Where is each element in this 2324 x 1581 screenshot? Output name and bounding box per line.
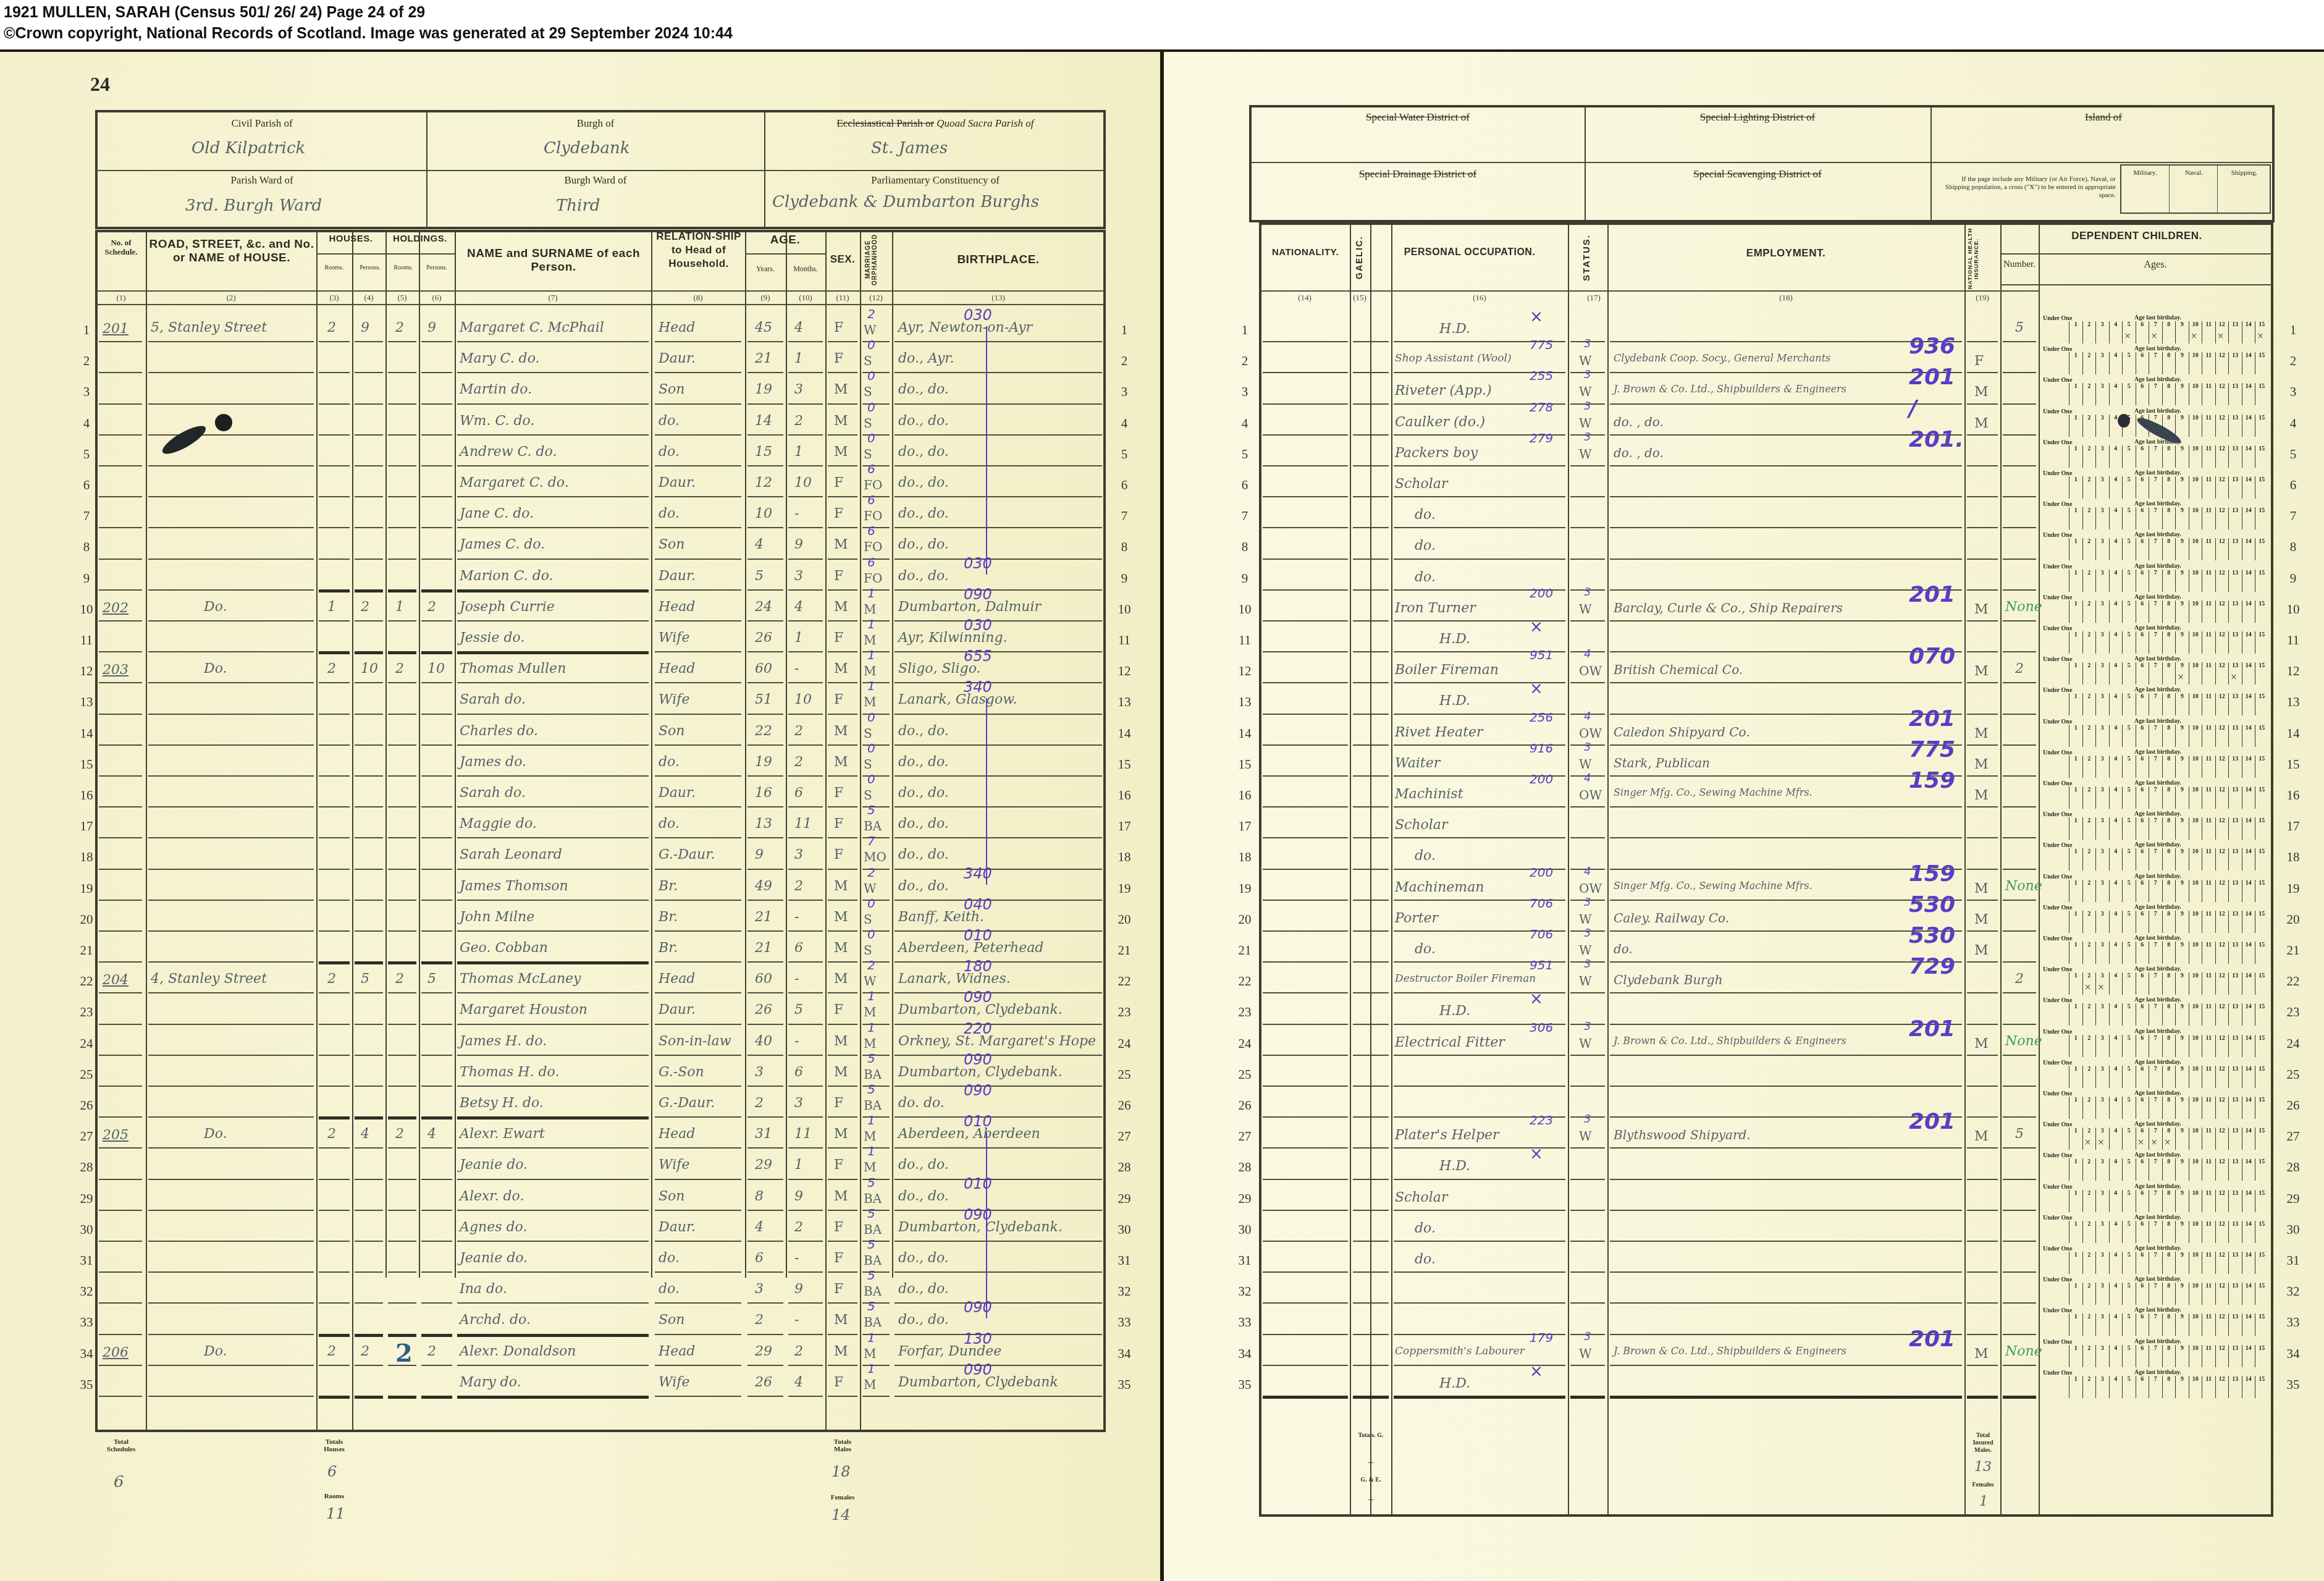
age-tick: 5: [2122, 942, 2136, 964]
age-tick: 7: [2149, 1158, 2162, 1181]
row-underline: [1570, 1179, 1605, 1180]
age-tick: 15: [2255, 817, 2268, 840]
row-underline: [1353, 837, 1389, 838]
row-underline: [1967, 900, 1998, 901]
age-tick: 11: [2202, 756, 2215, 778]
age-last-birthday-label: Age last birthday.: [2134, 1152, 2181, 1158]
age-tick: 3: [2095, 1190, 2109, 1212]
age-tick-marked: 10: [2189, 321, 2202, 344]
age-tick: 9: [2175, 352, 2189, 374]
address-column-header: ROAD, STREET, &c. and No. or NAME of HOU…: [148, 238, 315, 265]
row-underline: [319, 589, 350, 592]
age-tick: 4: [2109, 352, 2123, 374]
row-underline: [828, 992, 857, 993]
status-code: 3: [1584, 368, 1591, 381]
age-tick: 11: [2202, 1190, 2215, 1212]
row-underline: [747, 930, 783, 932]
row-underline: [99, 1147, 142, 1149]
row-number-right: 25: [2281, 1067, 2305, 1082]
age-tick: 14: [2242, 972, 2255, 995]
row-underline: [828, 1302, 857, 1304]
row-underline: [747, 682, 783, 683]
age-tick: 10: [2189, 662, 2202, 685]
row-number-left: 2: [1232, 353, 1257, 369]
employment-code: 775: [1909, 737, 1955, 762]
row-number-right: 3: [2281, 384, 2305, 400]
row-underline: [1263, 1147, 1348, 1149]
occupation-cross-mark: ×: [1530, 1145, 1543, 1163]
row-number-left: 15: [1232, 757, 1257, 772]
document-banner: 1921 MULLEN, SARAH (Census 501/ 26/ 24) …: [0, 0, 2324, 49]
dependent-children-age-grid: Under OneAge last birthday.1234567891011…: [2042, 996, 2270, 1028]
age-tick: 4: [2109, 1066, 2123, 1088]
sex: M: [834, 723, 848, 739]
marital-status: M: [864, 602, 876, 617]
row-underline: [747, 1365, 783, 1366]
relationship: G.-Son: [659, 1065, 704, 1080]
row-underline: [148, 682, 314, 683]
age-tick: 13: [2228, 1376, 2242, 1398]
relationship: Son: [659, 1312, 685, 1328]
row-underline: [788, 1055, 823, 1056]
ink-blot: [2118, 414, 2130, 428]
row-underline: [421, 1365, 452, 1366]
marital-code: 1: [867, 617, 875, 631]
age-tick: 9: [2175, 848, 2189, 871]
status-code: 3: [1584, 1113, 1591, 1126]
column-divider: [2039, 222, 2040, 1517]
relationship: Son: [659, 537, 685, 552]
row-number-left: 5: [1232, 447, 1257, 462]
age-tick: 5: [2122, 1221, 2136, 1243]
row-underline: [788, 1241, 823, 1242]
employment: J. Brown & Co. Ltd., Shipbuilders & Engi…: [1614, 1035, 1846, 1047]
row-underline: [1263, 1396, 1348, 1399]
sex: F: [834, 351, 843, 366]
row-underline: [421, 527, 452, 528]
row-underline: [388, 1055, 416, 1056]
row-underline: [1394, 806, 1565, 807]
row-underline: [1353, 651, 1389, 652]
row-underline: [1570, 1086, 1605, 1087]
row-underline: [895, 465, 1102, 466]
age-tick: 15: [2255, 1035, 2268, 1057]
row-underline: [1394, 1302, 1565, 1304]
row-underline: [895, 775, 1102, 777]
row-number-right: 23: [1112, 1005, 1137, 1020]
row-underline: [388, 403, 416, 405]
age-tick: 12: [2215, 1035, 2229, 1057]
row-underline: [1263, 434, 1348, 436]
person-name: Thomas McLaney: [460, 971, 581, 987]
row-underline: [747, 1210, 783, 1211]
under-one-label: Under One: [2043, 874, 2072, 880]
age-months: -: [794, 971, 799, 987]
age-tick: 2: [2082, 352, 2096, 374]
age-last-birthday-label: Age last birthday.: [2134, 873, 2181, 880]
occupation-column-header: PERSONAL OCCUPATION.: [1373, 247, 1567, 258]
age-months: 3: [794, 847, 803, 862]
row-underline: [828, 620, 857, 622]
age-tick: 12: [2215, 1376, 2229, 1398]
row-number-left: 7: [74, 508, 99, 524]
row-number-left: 13: [74, 694, 99, 710]
marriage-column-header: MARRIAGE ORPHANHOOD: [865, 230, 878, 289]
row-underline: [862, 1396, 890, 1397]
column-divider: [352, 1278, 353, 1432]
row-number-left: 18: [74, 850, 99, 865]
row-underline: [1353, 1396, 1389, 1399]
row-underline: [862, 869, 890, 870]
row-underline: [1353, 465, 1389, 466]
row-underline: [388, 496, 416, 497]
age-tick: 11: [2202, 538, 2215, 560]
age-ticks: 123456789101112131415: [2069, 880, 2268, 902]
row-underline: [788, 930, 823, 932]
age-tick: 12: [2215, 1128, 2229, 1150]
age-tick: 4: [2109, 538, 2123, 560]
sex: M: [834, 909, 848, 925]
dependent-children-age-grid: Under OneAge last birthday.1234567891011…: [2042, 1027, 2270, 1060]
row-underline: [1353, 714, 1389, 715]
age-tick: 9: [2175, 1003, 2189, 1026]
row-underline: [747, 806, 783, 807]
age-tick: 9: [2175, 1313, 2189, 1336]
row-underline: [895, 806, 1102, 807]
row-number-right: 21: [2281, 943, 2305, 958]
age-tick: 7: [2149, 383, 2162, 405]
age-tick: 13: [2228, 352, 2242, 374]
military-note: If the page include any Military (or Air…: [1937, 175, 2116, 200]
row-underline: [355, 1086, 383, 1087]
row-number-right: 16: [1112, 788, 1137, 803]
age-tick: 8: [2162, 507, 2176, 529]
age-tick: 8: [2162, 693, 2176, 715]
age-tick: 9: [2175, 1252, 2189, 1274]
age-months: 4: [794, 1375, 803, 1390]
age-years: 21: [755, 351, 772, 366]
personal-occupation: Machineman: [1395, 880, 1484, 895]
occupation-code: 200: [1530, 865, 1553, 880]
row-number-left: 24: [74, 1036, 99, 1052]
age-tick: 3: [2095, 880, 2109, 902]
holding-persons: 2: [427, 1344, 436, 1359]
row-underline: [457, 589, 649, 592]
row-underline: [1263, 992, 1348, 993]
row-underline: [99, 775, 142, 777]
row-underline: [148, 434, 314, 436]
employment-code: /: [1909, 396, 1917, 421]
island-label: Island of: [1934, 111, 2273, 124]
row-number-right: 12: [2281, 664, 2305, 679]
row-underline: [747, 559, 783, 560]
status: W: [1579, 384, 1592, 399]
row-underline: [355, 930, 383, 932]
age-years: 49: [755, 879, 772, 894]
marital-code: 6: [867, 492, 875, 507]
row-underline: [828, 651, 857, 652]
age-tick: 14: [2242, 756, 2255, 778]
age-tick: 14: [2242, 1003, 2255, 1026]
row-underline: [747, 465, 783, 466]
row-underline: [457, 651, 649, 654]
row-underline: [862, 403, 890, 405]
age-tick: 12: [2215, 601, 2229, 623]
age-tick: 14: [2242, 476, 2255, 499]
age-tick: 12: [2215, 352, 2229, 374]
row-number-left: 14: [1232, 726, 1257, 741]
under-one-label: Under One: [2043, 719, 2072, 725]
column-divider: [146, 230, 147, 1278]
row-underline: [1353, 403, 1389, 405]
row-underline: [355, 620, 383, 622]
age-tick: 1: [2069, 383, 2082, 405]
age-years: 10: [755, 506, 772, 521]
row-underline: [655, 900, 741, 901]
column-divider: [745, 230, 746, 1278]
marital-code: 7: [867, 833, 875, 848]
row-underline: [148, 869, 314, 870]
row-underline: [655, 930, 741, 932]
row-number-left: 8: [74, 539, 99, 555]
age-tick: 2: [2082, 662, 2096, 685]
age-tick: 7: [2149, 1376, 2162, 1398]
age-tick: 10: [2189, 1097, 2202, 1119]
divider: [745, 253, 825, 255]
birthplace: do. do.: [898, 1095, 945, 1111]
age-tick: 1: [2069, 631, 2082, 654]
sex: F: [834, 1281, 843, 1297]
row-underline: [862, 992, 890, 993]
under-one-label: Under One: [2043, 1060, 2072, 1066]
age-tick: 15: [2255, 756, 2268, 778]
marital-status: S: [864, 726, 872, 741]
row-underline: [788, 1302, 823, 1304]
age-ticks: 123456789101112131415: [2069, 1345, 2268, 1367]
age-tick: 10: [2189, 786, 2202, 809]
age-tick: 12: [2215, 1158, 2229, 1181]
schedule-number: 201: [103, 321, 128, 337]
age-tick: 14: [2242, 1190, 2255, 1212]
holding-rooms: 2: [395, 320, 404, 335]
age-tick: 3: [2095, 725, 2109, 747]
dependent-children-number: 5: [2015, 1126, 2024, 1142]
occupation-code: 200: [1530, 772, 1553, 786]
code-bracket-line: [986, 698, 987, 884]
burgh-ward-value: Third: [556, 196, 600, 215]
dependent-children-number: None: [2005, 879, 2042, 894]
age-tick: 12: [2215, 383, 2229, 405]
age-tick: 12: [2215, 1066, 2229, 1088]
marital-status: BA: [864, 1222, 882, 1237]
age-ticks: 123456789101112131415: [2069, 1128, 2268, 1150]
row-number-left: 27: [1232, 1129, 1257, 1144]
row-underline: [1967, 775, 1998, 777]
age-months: 9: [794, 1189, 803, 1204]
column-number: (4): [353, 293, 384, 303]
row-number-left: 34: [74, 1346, 99, 1362]
age-tick: 14: [2242, 1376, 2255, 1398]
row-underline: [2003, 1147, 2036, 1149]
under-one-label: Under One: [2043, 904, 2072, 911]
personal-occupation: do.: [1415, 942, 1436, 957]
insured-females-value: 1: [1979, 1494, 1988, 1509]
age-tick: 1: [2069, 507, 2082, 529]
status: OW: [1579, 664, 1602, 678]
relationship-column-header: RELATION-SHIP to Head of Household.: [654, 230, 744, 271]
column-divider: [1350, 222, 1351, 1517]
address: 5, Stanley Street: [151, 320, 267, 335]
row-underline: [421, 1241, 452, 1242]
row-underline: [148, 1024, 314, 1025]
row-underline: [895, 1241, 1102, 1242]
marital-status: BA: [864, 1315, 882, 1330]
dependent-children-age-grid: Under OneAge last birthday.1234567891011…: [2042, 717, 2270, 749]
age-tick: 10: [2189, 1066, 2202, 1088]
row-underline: [457, 341, 649, 342]
age-tick: 6: [2136, 848, 2149, 871]
age-tick: 7: [2149, 1313, 2162, 1336]
row-underline: [747, 620, 783, 622]
row-underline: [355, 744, 383, 746]
marital-status: M: [864, 694, 876, 709]
row-number-right: 27: [2281, 1129, 2305, 1144]
row-underline: [1570, 496, 1605, 497]
employment: do. , do.: [1614, 445, 1664, 460]
under-one-label: Under One: [2043, 501, 2072, 508]
row-underline: [457, 900, 649, 901]
person-name: Geo. Cobban: [460, 940, 548, 956]
age-ticks: 123456789101112131415: [2069, 1283, 2268, 1305]
age-ticks: 123456789101112131415: [2069, 538, 2268, 560]
row-underline: [421, 682, 452, 683]
age-tick: 12: [2215, 1252, 2229, 1274]
age-tick: 11: [2202, 1003, 2215, 1026]
age-tick: 11: [2202, 848, 2215, 871]
row-underline: [457, 496, 649, 497]
age-tick: 11: [2202, 725, 2215, 747]
age-tick: 8: [2162, 601, 2176, 623]
age-tick: 7: [2149, 538, 2162, 560]
age-tick: 6: [2136, 1190, 2149, 1212]
age-tick: 11: [2202, 383, 2215, 405]
age-tick: 6: [2136, 538, 2149, 560]
relationship: Daur.: [659, 475, 696, 491]
row-underline: [99, 1024, 142, 1025]
age-tick: 14: [2242, 786, 2255, 809]
total-females-value: 14: [832, 1506, 851, 1524]
row-underline: [1394, 837, 1565, 838]
row-underline: [788, 620, 823, 622]
row-underline: [388, 1086, 416, 1087]
age-years: 14: [755, 413, 772, 429]
age-tick-marked: 2: [2082, 1128, 2096, 1150]
age-tick: 14: [2242, 1345, 2255, 1367]
age-tick: 6: [2136, 476, 2149, 499]
age-tick: 5: [2122, 1003, 2136, 1026]
age-tick: 14: [2242, 880, 2255, 902]
age-tick: 2: [2082, 1066, 2096, 1088]
age-tick: 13: [2228, 972, 2242, 995]
age-tick: 6: [2136, 880, 2149, 902]
row-underline: [148, 837, 314, 838]
dependent-children-age-grid: Under OneAge last birthday.1234567891011…: [2042, 810, 2270, 842]
age-tick: 4: [2109, 445, 2123, 468]
employment: Caley. Railway Co.: [1614, 911, 1729, 925]
row-underline: [747, 1179, 783, 1180]
age-tick: 13: [2228, 1035, 2242, 1057]
row-underline: [1263, 341, 1348, 342]
row-number-left: 17: [1232, 819, 1257, 834]
age-tick: 15: [2255, 570, 2268, 592]
row-underline: [319, 1302, 350, 1304]
column-number: (15): [1344, 293, 1375, 303]
schedule-number: 206: [103, 1345, 128, 1360]
age-last-birthday-label: Age last birthday.: [2134, 1214, 2181, 1221]
row-underline: [421, 992, 452, 993]
column-divider: [316, 1278, 318, 1432]
row-underline: [747, 992, 783, 993]
age-tick: 14: [2242, 631, 2255, 654]
age-tick: 6: [2136, 1035, 2149, 1057]
age-tick: 12: [2215, 942, 2229, 964]
row-underline: [895, 589, 1102, 591]
age-tick: 2: [2082, 942, 2096, 964]
row-underline: [1610, 496, 1962, 497]
age-tick: 4: [2109, 1190, 2123, 1212]
age-tick: 4: [2109, 911, 2123, 933]
row-underline: [1570, 1271, 1605, 1273]
age-tick: 15: [2255, 445, 2268, 468]
age-tick: 5: [2122, 1128, 2136, 1150]
employment: Singer Mfg. Co., Sewing Machine Mfrs.: [1614, 786, 1812, 798]
row-number-right: 20: [2281, 912, 2305, 927]
row-underline: [747, 1334, 783, 1335]
marital-code: 0: [867, 772, 875, 786]
row-number-left: 1: [74, 323, 99, 338]
row-underline: [828, 496, 857, 497]
birthplace-code: 090: [964, 1082, 992, 1099]
age-tick: 2: [2082, 445, 2096, 468]
age-tick: 14: [2242, 725, 2255, 747]
row-underline: [148, 1179, 314, 1180]
row-number-right: 28: [2281, 1160, 2305, 1175]
sex: M: [834, 1344, 848, 1359]
age-years: 6: [755, 1250, 764, 1266]
sex: F: [834, 1095, 843, 1111]
age-tick: 12: [2215, 1221, 2229, 1243]
age-tick: 9: [2175, 972, 2189, 995]
occupation-code: 951: [1530, 958, 1553, 972]
age-tick: 7: [2149, 693, 2162, 715]
row-number-left: 34: [1232, 1346, 1257, 1362]
age-last-birthday-label: Age last birthday.: [2134, 811, 2181, 817]
row-underline: [1610, 559, 1962, 560]
sex: M: [834, 444, 848, 460]
age-tick: 9: [2175, 1190, 2189, 1212]
age-tick: 10: [2189, 848, 2202, 871]
age-tick: 1: [2069, 1376, 2082, 1398]
age-months: 2: [794, 879, 803, 894]
employment: British Chemical Co.: [1614, 662, 1743, 677]
under-one-label: Under One: [2043, 1339, 2072, 1346]
row-underline: [1263, 403, 1348, 405]
row-underline: [319, 496, 350, 497]
row-underline: [421, 806, 452, 807]
row-number-left: 11: [74, 633, 99, 648]
row-underline: [828, 900, 857, 901]
personal-occupation: Riveter (App.): [1395, 383, 1492, 398]
